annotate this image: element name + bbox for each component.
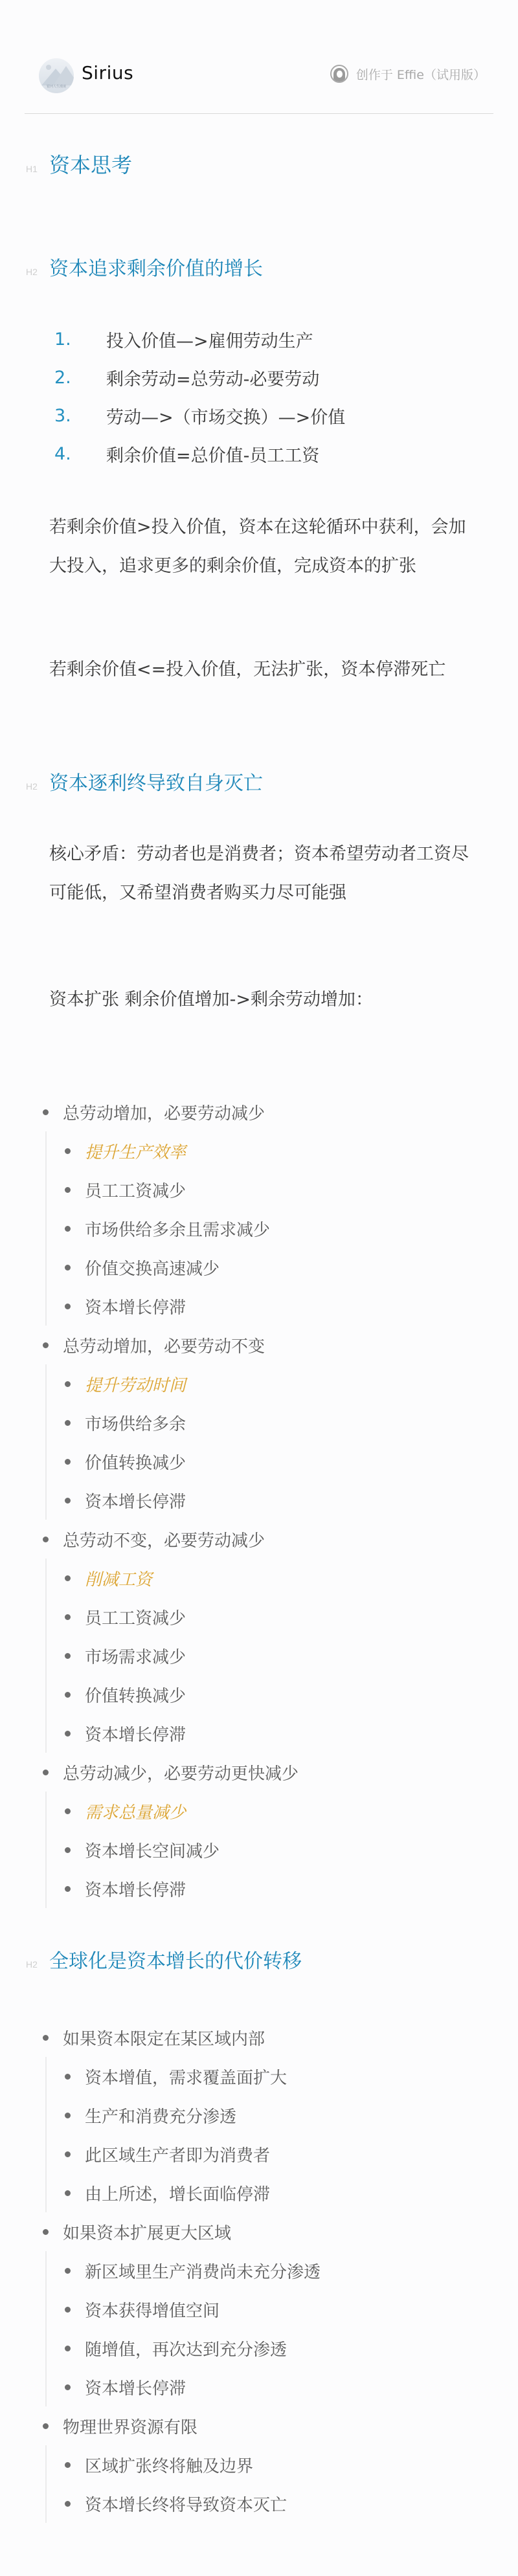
section-heading-self-destruction: H2 资本逐利终导致自身灭亡 bbox=[26, 767, 263, 795]
site-avatar[interactable]: 银河人生漫谈 bbox=[39, 58, 74, 93]
list-item: 资本增长空间减少 bbox=[65, 1830, 298, 1869]
heading-level-tag: H2 bbox=[26, 267, 49, 277]
site-name[interactable]: Sirius bbox=[82, 62, 133, 83]
list-item: 总劳动不变，必要劳动减少 削减工资 员工工资减少 市场需求减少 价值转换减少 资… bbox=[39, 1520, 298, 1753]
list-item-text: 总劳动减少，必要劳动更快减少 bbox=[63, 1760, 298, 1784]
bullet-icon bbox=[65, 1692, 71, 1698]
list-item: 生产和消费充分渗透 bbox=[65, 2096, 321, 2135]
list-item-text: 随增值，再次达到充分渗透 bbox=[85, 2337, 287, 2360]
ordered-list-item: 2.剩余劳动=总劳动-必要劳动 bbox=[54, 359, 345, 397]
author-avatar-icon bbox=[330, 65, 348, 83]
bullet-icon bbox=[65, 2384, 71, 2390]
bullet-icon bbox=[65, 2074, 71, 2080]
list-item-text: 总劳动增加，必要劳动减少 bbox=[63, 1100, 265, 1124]
list-item-text: 市场需求减少 bbox=[85, 1644, 186, 1668]
list-item-text: 如果资本扩展更大区域 bbox=[63, 2220, 231, 2244]
list-item-text: 生产和消费充分渗透 bbox=[85, 2104, 236, 2127]
list-item: 资本获得增值空间 bbox=[65, 2290, 321, 2329]
paragraph: 资本扩张 剩余价值增加->剩余劳动增加： bbox=[49, 981, 470, 1019]
bullet-icon bbox=[65, 2307, 71, 2313]
list-item: 市场供给多余 bbox=[65, 1403, 298, 1442]
list-item-text: 物理世界资源有限 bbox=[63, 2414, 197, 2438]
emphasis-text: 需求总量减少 bbox=[85, 1799, 186, 1823]
list-item: 总劳动增加，必要劳动减少 提升生产效率 员工工资减少 市场供给多余且需求减少 价… bbox=[39, 1093, 298, 1326]
list-item: 资本增长停滞 bbox=[65, 1714, 298, 1753]
list-item: 提升生产效率 bbox=[65, 1131, 298, 1170]
nested-list: 区域扩张终将触及边界 资本增长终将导致资本灭亡 bbox=[45, 2445, 321, 2523]
heading-level-tag: H2 bbox=[26, 1959, 49, 1970]
nested-list: 提升劳动时间 市场供给多余 价值转换减少 资本增长停滞 bbox=[45, 1364, 298, 1520]
list-item: 资本增长停滞 bbox=[65, 2368, 321, 2406]
ordered-list-item: 3.劳动—>（市场交换）—>价值 bbox=[54, 397, 345, 435]
list-item: 市场供给多余且需求减少 bbox=[65, 1209, 298, 1248]
list-item-text: 区域扩张终将触及边界 bbox=[85, 2453, 253, 2477]
ordered-list-item: 1.投入价值—>雇佣劳动生产 bbox=[54, 320, 345, 359]
bullet-icon bbox=[43, 1109, 49, 1115]
bullet-icon bbox=[65, 1265, 71, 1271]
emphasis-text: 提升劳动时间 bbox=[85, 1372, 186, 1396]
list-item-text: 新区域里生产消费尚未充分渗透 bbox=[85, 2259, 321, 2283]
list-item: 削减工资 bbox=[65, 1559, 298, 1597]
list-item: 资本增长停滞 bbox=[65, 1287, 298, 1326]
nested-list: 新区域里生产消费尚未充分渗透 资本获得增值空间 随增值，再次达到充分渗透 资本增… bbox=[45, 2251, 321, 2406]
list-number: 2. bbox=[54, 368, 106, 388]
bullet-icon bbox=[43, 2035, 49, 2041]
header-divider bbox=[25, 113, 493, 114]
bullet-icon bbox=[65, 1731, 71, 1737]
avatar-caption: 银河人生漫谈 bbox=[39, 84, 74, 89]
list-item-text: 资本增长停滞 bbox=[85, 1877, 186, 1901]
list-number: 1. bbox=[54, 329, 106, 350]
bullet-icon bbox=[43, 1770, 49, 1775]
list-item-text: 价值交换高速减少 bbox=[85, 1256, 220, 1280]
page-title-text: 资本思考 bbox=[49, 149, 132, 179]
bullet-icon bbox=[65, 2268, 71, 2274]
paragraph: 若剩余价值>投入价值，资本在这轮循环中获利，会加大投入，追求更多的剩余价值，完成… bbox=[49, 508, 470, 586]
bullet-icon bbox=[65, 2113, 71, 2118]
nested-list: 资本增值，需求覆盖面扩大 生产和消费充分渗透 此区域生产者即为消费者 由上所述，… bbox=[45, 2057, 321, 2212]
nested-list: 需求总量减少 资本增长空间减少 资本增长停滞 bbox=[45, 1792, 298, 1908]
bullet-icon bbox=[65, 1226, 71, 1232]
bullet-icon bbox=[65, 2151, 71, 2157]
ordered-list-item: 4.剩余价值=总价值-员工工资 bbox=[54, 435, 345, 473]
list-item: 资本增长停滞 bbox=[65, 1481, 298, 1520]
list-item: 随增值，再次达到充分渗透 bbox=[65, 2329, 321, 2368]
bullet-icon bbox=[43, 2423, 49, 2429]
list-item-text: 剩余劳动=总劳动-必要劳动 bbox=[106, 365, 319, 390]
list-item-text: 价值转换减少 bbox=[85, 1683, 186, 1707]
author-text: 创作于 Effie（试用版） bbox=[356, 65, 486, 83]
list-item-text: 员工工资减少 bbox=[85, 1605, 186, 1629]
list-item: 资本增长终将导致资本灭亡 bbox=[65, 2484, 321, 2523]
list-item-text: 劳动—>（市场交换）—>价值 bbox=[106, 403, 345, 428]
nested-list: 削减工资 员工工资减少 市场需求减少 价值转换减少 资本增长停滞 bbox=[45, 1559, 298, 1753]
list-item-text: 员工工资减少 bbox=[85, 1178, 186, 1202]
list-item: 价值转换减少 bbox=[65, 1442, 298, 1481]
bullet-icon bbox=[43, 1342, 49, 1348]
avatar-mountain-icon bbox=[53, 66, 74, 85]
bullet-icon bbox=[65, 2462, 71, 2468]
list-number: 4. bbox=[54, 444, 106, 464]
list-item-text: 资本增长停滞 bbox=[85, 1294, 186, 1318]
page-header: 银河人生漫谈 Sirius 创作于 Effie（试用版） bbox=[25, 56, 493, 94]
list-item: 区域扩张终将触及边界 bbox=[65, 2445, 321, 2484]
list-item-text: 资本增长停滞 bbox=[85, 1722, 186, 1746]
bullet-icon bbox=[65, 1808, 71, 1814]
list-item-text: 此区域生产者即为消费者 bbox=[85, 2142, 270, 2166]
bullet-icon bbox=[65, 1381, 71, 1387]
list-item: 提升劳动时间 bbox=[65, 1364, 298, 1403]
list-item: 员工工资减少 bbox=[65, 1170, 298, 1209]
bullet-icon bbox=[65, 1187, 71, 1193]
list-item-text: 资本增长停滞 bbox=[85, 1489, 186, 1513]
nested-list: 提升生产效率 员工工资减少 市场供给多余且需求减少 价值交换高速减少 资本增长停… bbox=[45, 1131, 298, 1326]
list-item: 如果资本限定在某区域内部 资本增值，需求覆盖面扩大 生产和消费充分渗透 此区域生… bbox=[39, 2018, 321, 2212]
section-heading-text: 全球化是资本增长的代价转移 bbox=[49, 1945, 302, 1973]
emphasis-text: 提升生产效率 bbox=[85, 1139, 186, 1163]
section-heading-text: 资本逐利终导致自身灭亡 bbox=[49, 767, 263, 795]
paragraph: 核心矛盾：劳动者也是消费者；资本希望劳动者工资尽可能低，又希望消费者购买力尽可能… bbox=[49, 835, 470, 913]
list-item-text: 市场供给多余且需求减少 bbox=[85, 1217, 270, 1241]
bullet-icon bbox=[65, 1575, 71, 1581]
section-heading-globalization: H2 全球化是资本增长的代价转移 bbox=[26, 1945, 302, 1973]
bullet-icon bbox=[65, 1847, 71, 1853]
bullet-icon bbox=[43, 2229, 49, 2235]
list-item: 价值转换减少 bbox=[65, 1675, 298, 1714]
list-item: 新区域里生产消费尚未充分渗透 bbox=[65, 2251, 321, 2290]
list-item-text: 资本获得增值空间 bbox=[85, 2298, 220, 2322]
bullet-icon bbox=[65, 2190, 71, 2196]
list-item: 此区域生产者即为消费者 bbox=[65, 2135, 321, 2173]
list-item: 物理世界资源有限 区域扩张终将触及边界 资本增长终将导致资本灭亡 bbox=[39, 2406, 321, 2523]
ordered-list: 1.投入价值—>雇佣劳动生产 2.剩余劳动=总劳动-必要劳动 3.劳动—>（市场… bbox=[54, 320, 345, 473]
list-item-text: 如果资本限定在某区域内部 bbox=[63, 2026, 265, 2050]
bullet-icon bbox=[65, 1614, 71, 1620]
list-item-text: 资本增长空间减少 bbox=[85, 1838, 220, 1862]
list-item-text: 剩余价值=总价值-员工工资 bbox=[106, 441, 319, 467]
bullet-list: 总劳动增加，必要劳动减少 提升生产效率 员工工资减少 市场供给多余且需求减少 价… bbox=[39, 1093, 298, 1908]
bullet-icon bbox=[65, 2346, 71, 2351]
list-item: 员工工资减少 bbox=[65, 1597, 298, 1636]
list-item-text: 市场供给多余 bbox=[85, 1411, 186, 1435]
list-item-text: 资本增值，需求覆盖面扩大 bbox=[85, 2065, 287, 2089]
list-item: 价值交换高速减少 bbox=[65, 1248, 298, 1287]
list-item: 资本增长停滞 bbox=[65, 1869, 298, 1908]
list-number: 3. bbox=[54, 406, 106, 426]
bullet-list: 如果资本限定在某区域内部 资本增值，需求覆盖面扩大 生产和消费充分渗透 此区域生… bbox=[39, 2018, 321, 2523]
bullet-icon bbox=[65, 2501, 71, 2507]
bullet-icon bbox=[65, 1304, 71, 1309]
list-item: 总劳动减少，必要劳动更快减少 需求总量减少 资本增长空间减少 资本增长停滞 bbox=[39, 1753, 298, 1908]
section-heading-surplus-value: H2 资本追求剩余价值的增长 bbox=[26, 252, 263, 281]
heading-level-tag: H1 bbox=[26, 164, 49, 174]
list-item-text: 价值转换减少 bbox=[85, 1450, 186, 1474]
author-credit[interactable]: 创作于 Effie（试用版） bbox=[330, 65, 486, 83]
bullet-icon bbox=[65, 1148, 71, 1154]
list-item-text: 总劳动不变，必要劳动减少 bbox=[63, 1527, 265, 1551]
list-item-text: 由上所述，增长面临停滞 bbox=[85, 2181, 270, 2205]
bullet-icon bbox=[65, 1886, 71, 1892]
list-item: 资本增值，需求覆盖面扩大 bbox=[65, 2057, 321, 2096]
bullet-icon bbox=[65, 1653, 71, 1659]
list-item: 由上所述，增长面临停滞 bbox=[65, 2173, 321, 2212]
section-heading-text: 资本追求剩余价值的增长 bbox=[49, 252, 263, 281]
list-item-text: 投入价值—>雇佣劳动生产 bbox=[106, 327, 313, 352]
list-item: 市场需求减少 bbox=[65, 1636, 298, 1675]
bullet-icon bbox=[65, 1459, 71, 1465]
list-item: 总劳动增加，必要劳动不变 提升劳动时间 市场供给多余 价值转换减少 资本增长停滞 bbox=[39, 1326, 298, 1520]
list-item: 如果资本扩展更大区域 新区域里生产消费尚未充分渗透 资本获得增值空间 随增值，再… bbox=[39, 2212, 321, 2406]
bullet-icon bbox=[65, 1420, 71, 1426]
list-item: 需求总量减少 bbox=[65, 1792, 298, 1830]
heading-level-tag: H2 bbox=[26, 781, 49, 792]
list-item-text: 资本增长终将导致资本灭亡 bbox=[85, 2492, 287, 2516]
page-title: H1 资本思考 bbox=[26, 149, 132, 179]
paragraph: 若剩余价值<=投入价值，无法扩张，资本停滞死亡 bbox=[49, 650, 470, 689]
list-item-text: 资本增长停滞 bbox=[85, 2375, 186, 2399]
emphasis-text: 削减工资 bbox=[85, 1566, 152, 1590]
list-item-text: 总劳动增加，必要劳动不变 bbox=[63, 1333, 265, 1357]
bullet-icon bbox=[65, 1498, 71, 1504]
bullet-icon bbox=[43, 1537, 49, 1542]
